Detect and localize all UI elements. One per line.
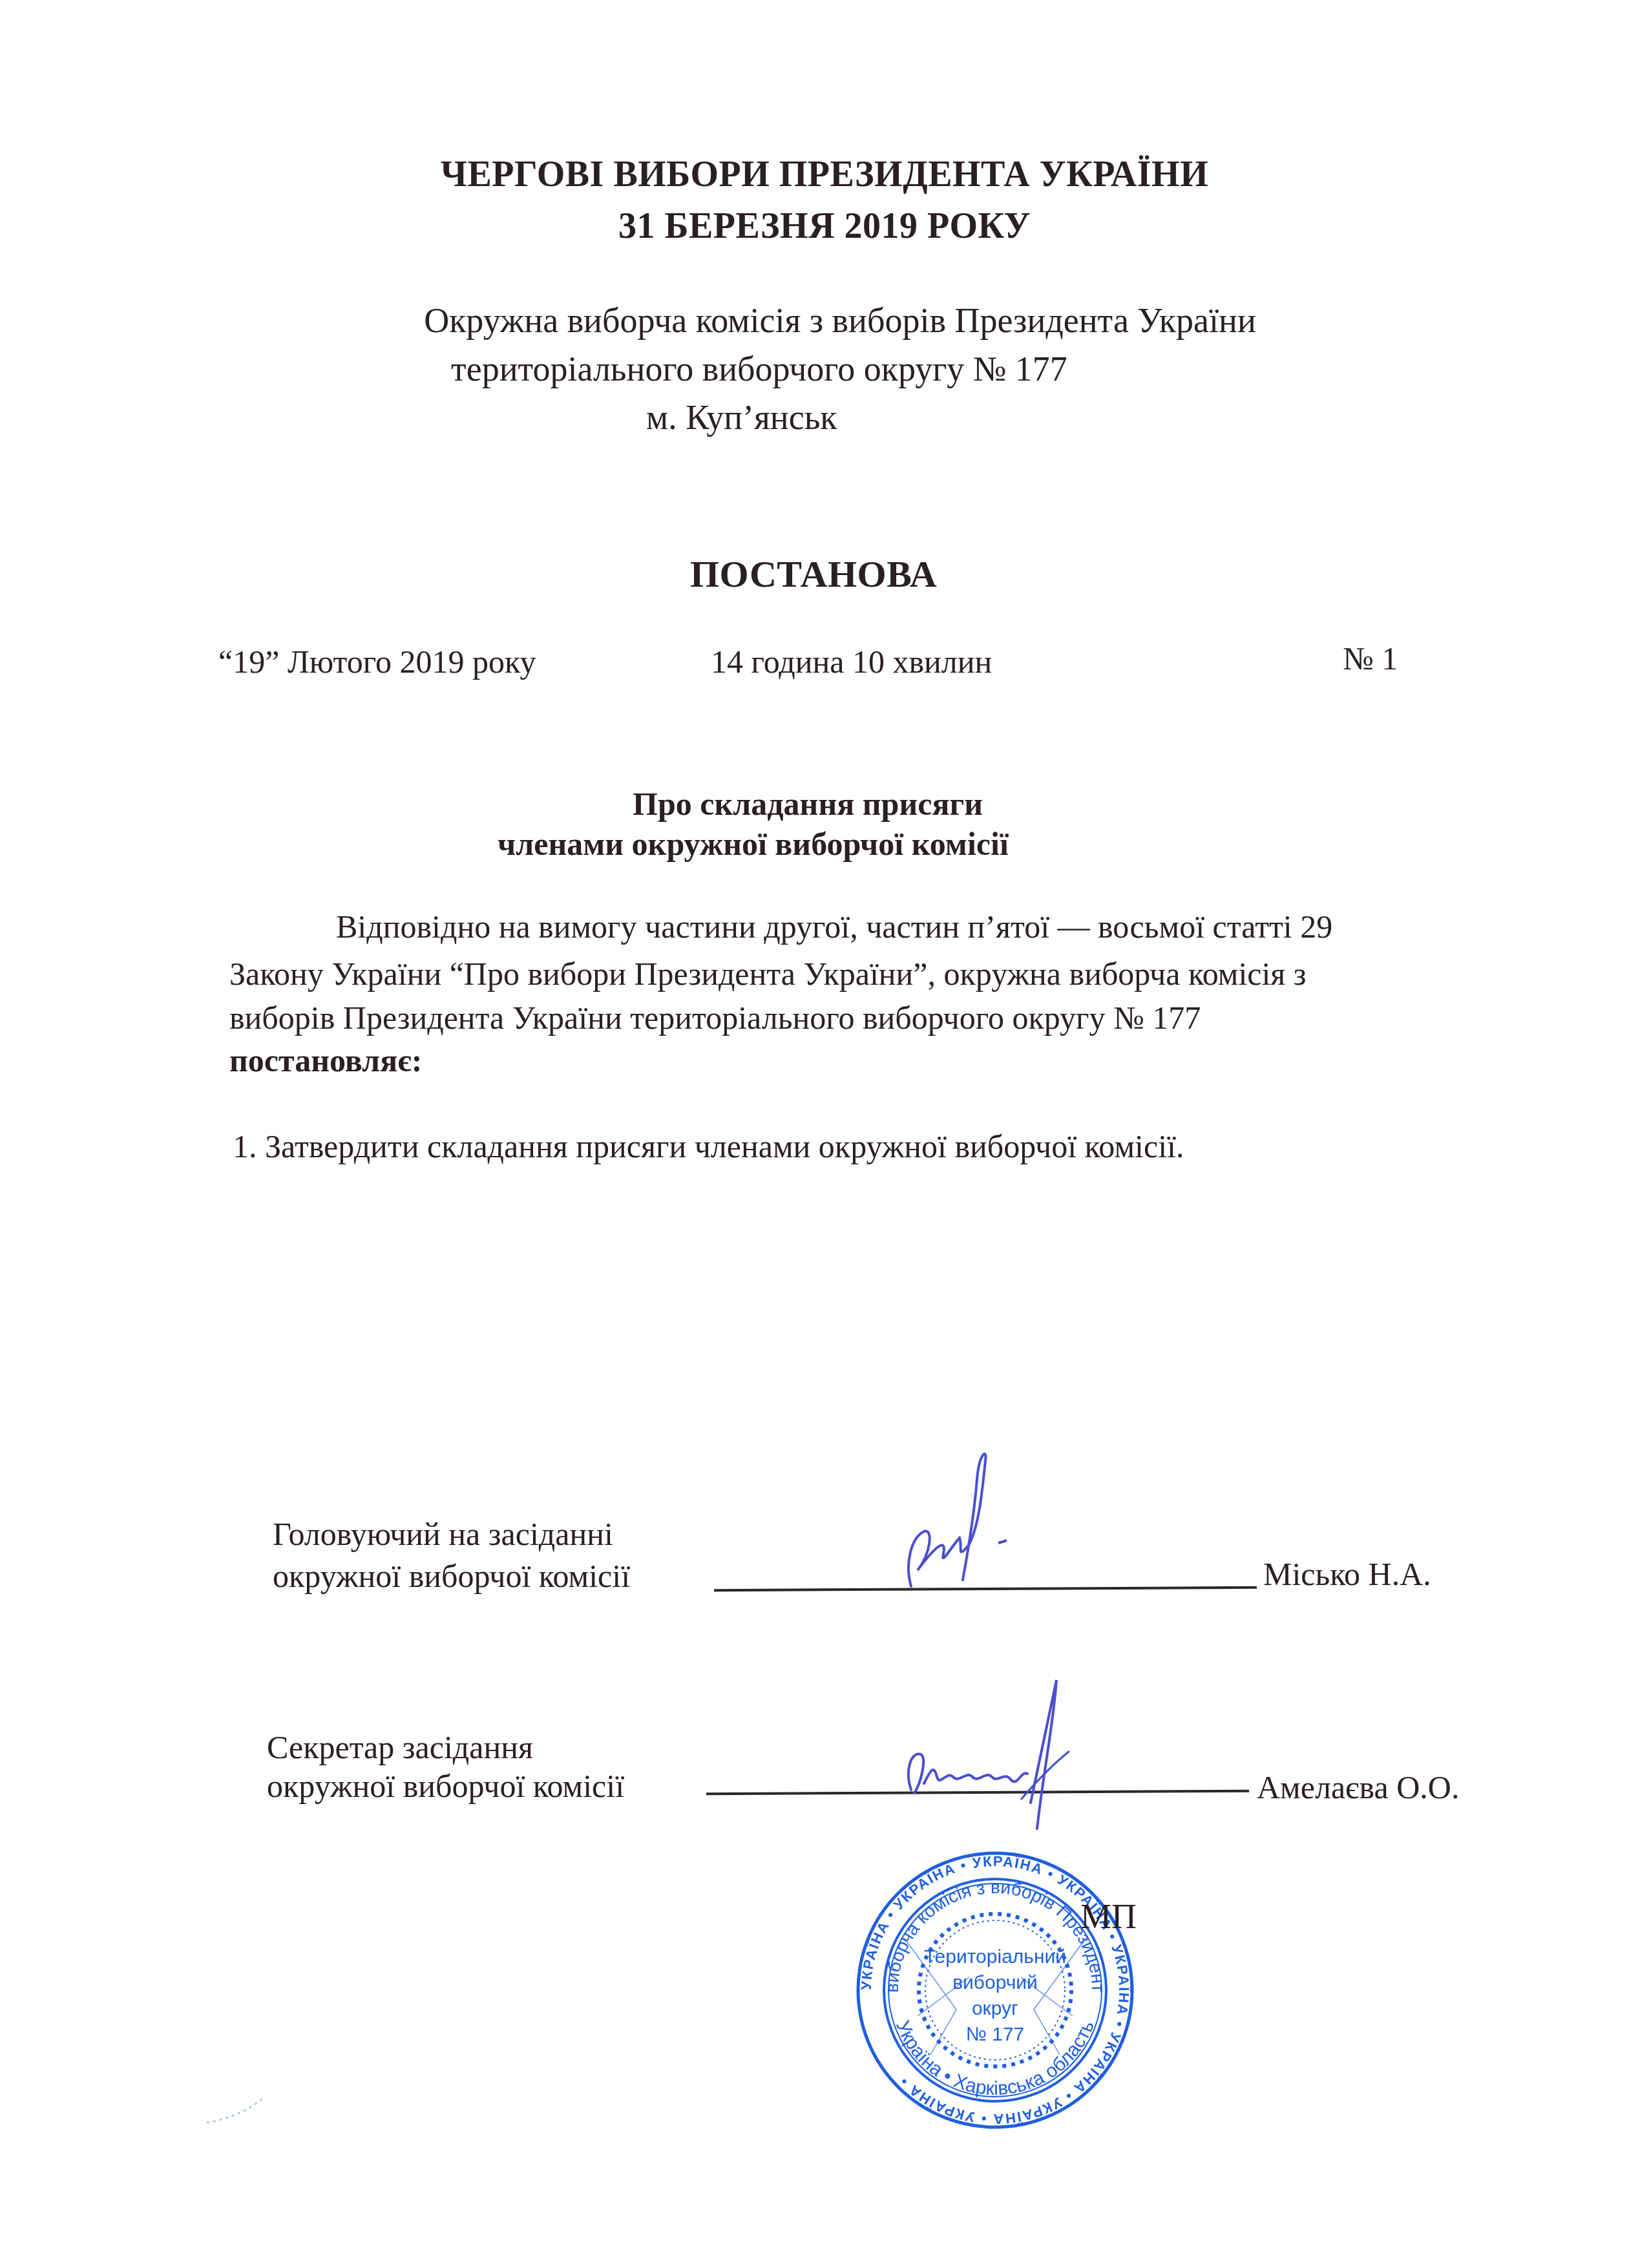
svg-text:округ: округ: [972, 1998, 1018, 2019]
chair-name: Місько Н.А.: [1263, 1555, 1431, 1593]
svg-text:Територіальний: Територіальний: [924, 1946, 1066, 1968]
chair-signature: [840, 1441, 1034, 1596]
preamble-line-2: Закону України “Про вибори Президента Ук…: [229, 955, 1307, 992]
resolution-item-1: 1. Затвердити складання присяги членами …: [233, 1128, 1184, 1165]
chair-role-line-2: окружної виборчої комісії: [273, 1557, 630, 1595]
ink-artifact: [200, 2094, 278, 2132]
subject-line-1: Про складання присяги: [0, 785, 1615, 823]
election-date-title: 31 БЕРЕЗНЯ 2019 РОКУ: [0, 205, 1649, 247]
document-time: 14 година 10 хвилин: [711, 643, 992, 680]
subject-line-2: членами окружної виборчої комісії: [498, 825, 1009, 863]
resolves-label: постановляє:: [229, 1042, 422, 1079]
preamble-line-3: виборів Президента України територіально…: [229, 999, 1201, 1036]
secretary-name: Амелаєва О.О.: [1257, 1769, 1459, 1806]
secretary-signature: [892, 1674, 1150, 1842]
district-name: територіального виборчого округу № 177: [323, 349, 1195, 389]
secretary-role-line-2: окружної виборчої комісії: [267, 1767, 624, 1805]
document-date: “19” Лютого 2019 року: [218, 643, 536, 680]
document-number: № 1: [1343, 640, 1398, 677]
svg-text:виборчий: виборчий: [952, 1972, 1038, 1993]
svg-text:№ 177: № 177: [966, 2024, 1025, 2045]
document-type: ПОСТАНОВА: [690, 552, 937, 596]
official-seal: УКРАЇНА • УКРАЇНА • УКРАЇНА • УКРАЇНА • …: [853, 1848, 1137, 2132]
seal-placeholder-label: МП: [1080, 1896, 1137, 1937]
secretary-role-line-1: Секретар засідання: [267, 1728, 533, 1766]
city: м. Куп’янськ: [646, 397, 837, 437]
preamble-line-1: Відповідно на вимогу частини другої, час…: [336, 908, 1332, 945]
election-title: ЧЕРГОВІ ВИБОРИ ПРЕЗИДЕНТА УКРАЇНИ: [0, 154, 1649, 195]
commission-name: Окружна виборча комісія з виборів Презид…: [323, 300, 1357, 341]
chair-role-line-1: Головуючий на засіданні: [273, 1515, 613, 1553]
